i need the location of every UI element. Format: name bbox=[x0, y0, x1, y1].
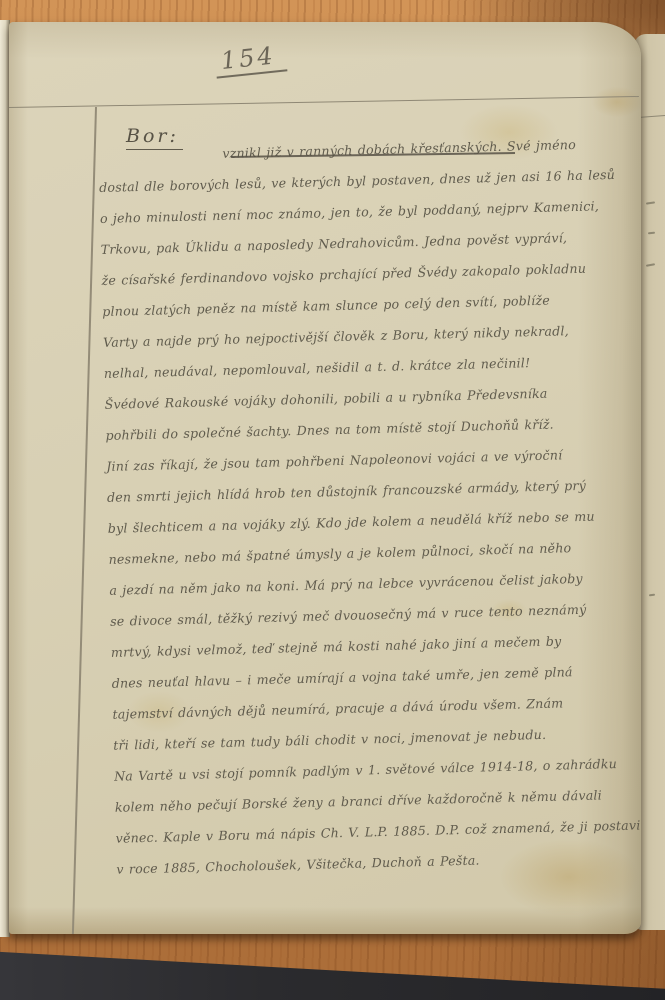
margin-rule bbox=[72, 107, 97, 934]
chronicle-page: 154 Bor: vznikl již v ranných dobách kře… bbox=[9, 22, 641, 934]
facing-page-writing-fragment bbox=[648, 232, 655, 235]
page-number: 154 bbox=[214, 40, 288, 78]
photo-scene: 154 Bor: vznikl již v ranných dobách kře… bbox=[0, 0, 665, 1000]
facing-page-rule bbox=[638, 115, 665, 118]
facing-page-writing-fragment bbox=[646, 201, 655, 204]
facing-page-writing-fragment bbox=[649, 594, 655, 597]
header-rule bbox=[9, 96, 639, 108]
handwritten-text-block: vznikl již v ranných dobách křesťanských… bbox=[98, 127, 641, 885]
facing-page-writing-fragment bbox=[646, 263, 655, 267]
